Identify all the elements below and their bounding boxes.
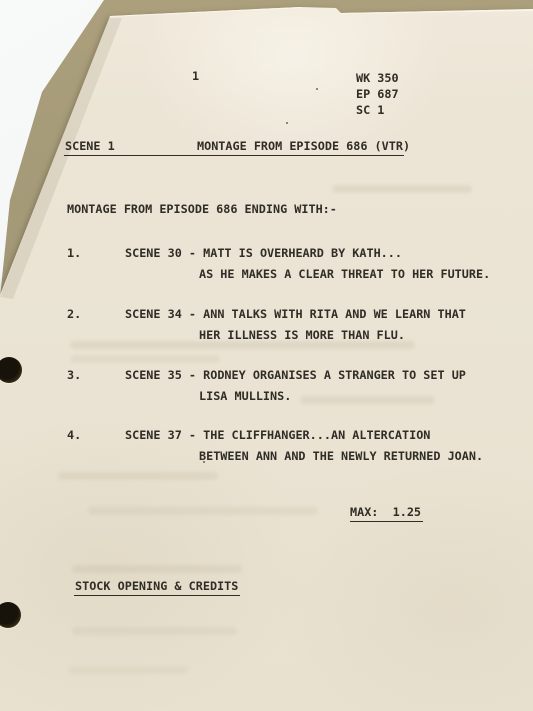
production-codes: WK 350 EP 687 SC 1 [356, 70, 399, 118]
item-line2: AS HE MAKES A CLEAR THREAT TO HER FUTURE… [199, 267, 490, 281]
item-number: 2. [67, 307, 81, 321]
production-code-scene: SC 1 [356, 102, 399, 118]
script-page: 1 WK 350 EP 687 SC 1 SCENE 1 MONTAGE FRO… [0, 0, 533, 711]
bleed-through-smudge [72, 627, 237, 635]
item-number: 4. [67, 428, 81, 442]
montage-item-3: 3. SCENE 35 - RODNEY ORGANISES A STRANGE… [0, 368, 533, 410]
bleed-through-smudge [332, 185, 472, 193]
item-number: 3. [67, 368, 81, 382]
item-line2: BETWEEN ANN AND THE NEWLY RETURNED JOAN. [199, 449, 483, 463]
max-duration: MAX: 1.25 [350, 505, 423, 522]
ink-speck [286, 122, 288, 124]
item-line2: HER ILLNESS IS MORE THAN FLU. [199, 328, 405, 342]
item-line2: LISA MULLINS. [199, 389, 291, 403]
montage-item-2: 2. SCENE 34 - ANN TALKS WITH RITA AND WE… [0, 307, 533, 349]
page-top-edge-highlight [110, 6, 301, 17]
bleed-through-smudge [88, 507, 318, 515]
bleed-through-smudge [72, 565, 242, 573]
item-line1: SCENE 37 - THE CLIFFHANGER...AN ALTERCAT… [125, 428, 430, 442]
scene-heading-title: MONTAGE FROM EPISODE 686 (VTR) [197, 139, 410, 153]
bleed-through-smudge [70, 355, 220, 363]
hole-punch-bottom [0, 602, 21, 628]
page-shadow-wrap: 1 WK 350 EP 687 SC 1 SCENE 1 MONTAGE FRO… [0, 0, 533, 711]
montage-item-1: 1. SCENE 30 - MATT IS OVERHEARD BY KATH.… [0, 246, 533, 288]
montage-item-4: 4. SCENE 37 - THE CLIFFHANGER...AN ALTER… [0, 428, 533, 470]
production-code-week: WK 350 [356, 70, 399, 86]
scene-heading: SCENE 1 MONTAGE FROM EPISODE 686 (VTR) [64, 139, 404, 156]
item-number: 1. [67, 246, 81, 260]
bleed-through-smudge [68, 666, 188, 674]
bleed-through-smudge [58, 472, 218, 480]
page-number: 1 [192, 69, 199, 83]
photo-of-script-page: 1 WK 350 EP 687 SC 1 SCENE 1 MONTAGE FRO… [0, 0, 533, 711]
ink-speck [316, 88, 318, 90]
item-line1: SCENE 30 - MATT IS OVERHEARD BY KATH... [125, 246, 402, 260]
intro-line: MONTAGE FROM EPISODE 686 ENDING WITH:- [67, 202, 337, 216]
footer-heading-text: STOCK OPENING & CREDITS [75, 579, 238, 593]
production-code-episode: EP 687 [356, 86, 399, 102]
scene-heading-label: SCENE 1 [65, 139, 115, 153]
item-line1: SCENE 34 - ANN TALKS WITH RITA AND WE LE… [125, 307, 466, 321]
footer-heading: STOCK OPENING & CREDITS [74, 579, 240, 596]
item-line1: SCENE 35 - RODNEY ORGANISES A STRANGER T… [125, 368, 466, 382]
page-top-edge-highlight [341, 9, 533, 14]
max-duration-text: MAX: 1.25 [350, 505, 421, 519]
